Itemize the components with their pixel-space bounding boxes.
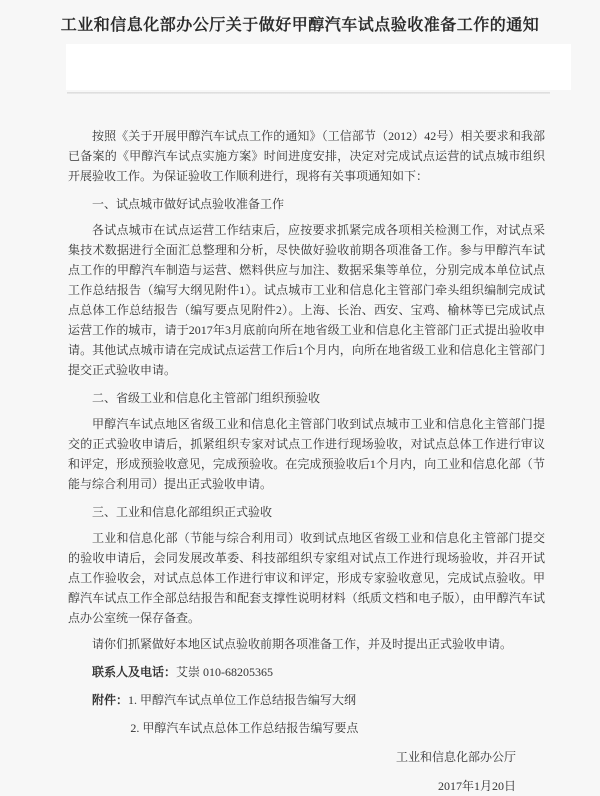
attachment-item-1: 1. 甲醇汽车试点单位工作总结报告编写大纲 (128, 693, 356, 707)
intro-paragraph: 按照《关于开展甲醇汽车试点工作的通知》（工信部节（2012）42号）相关要求和我… (68, 126, 545, 186)
section-2-heading: 二、省级工业和信息化主管部门组织预验收 (68, 388, 545, 408)
document-body: 按照《关于开展甲醇汽车试点工作的通知》（工信部节（2012）42号）相关要求和我… (0, 94, 600, 796)
attachments-block: 附件：1. 甲醇汽车试点单位工作总结报告编写大纲 2. 甲醇汽车试点总体工作总结… (68, 690, 545, 738)
blank-banner-placeholder (66, 44, 571, 90)
closing-paragraph: 请你们抓紧做好本地区试点验收前期各项准备工作，并及时提出正式验收申请。 (68, 634, 545, 654)
contact-label: 联系人及电话： (92, 665, 176, 679)
section-2-body: 甲醇汽车试点地区省级工业和信息化主管部门收到试点城市工业和信息化主管部门提交的正… (68, 414, 545, 494)
signature-issuer: 工业和信息化部办公厅 (68, 747, 516, 767)
section-3-heading: 三、工业和信息化部组织正式验收 (68, 502, 545, 522)
attachment-line-1: 附件：1. 甲醇汽车试点单位工作总结报告编写大纲 (68, 690, 545, 710)
signature-date: 2017年1月20日 (68, 776, 516, 796)
signature-block: 工业和信息化部办公厅 2017年1月20日 (68, 747, 545, 796)
contact-line: 联系人及电话：艾崇 010-68205365 (68, 662, 545, 682)
attachment-item-2: 2. 甲醇汽车试点总体工作总结报告编写要点 (130, 721, 358, 735)
contact-value: 艾崇 010-68205365 (176, 665, 273, 679)
document-title: 工业和信息化部办公厅关于做好甲醇汽车试点验收准备工作的通知 (0, 0, 600, 37)
section-1-body: 各试点城市在试点运营工作结束后，应按要求抓紧完成各项相关检测工作，对试点采集技术… (68, 220, 545, 380)
attachments-label: 附件： (92, 693, 128, 707)
section-3-body: 工业和信息化部（节能与综合利用司）收到试点地区省级工业和信息化主管部门提交的验收… (68, 528, 545, 628)
section-1-heading: 一、试点城市做好试点验收准备工作 (68, 194, 545, 214)
notice-document-page: 工业和信息化部办公厅关于做好甲醇汽车试点验收准备工作的通知 按照《关于开展甲醇汽… (0, 0, 600, 796)
attachment-line-2: 2. 甲醇汽车试点总体工作总结报告编写要点 (68, 718, 545, 738)
